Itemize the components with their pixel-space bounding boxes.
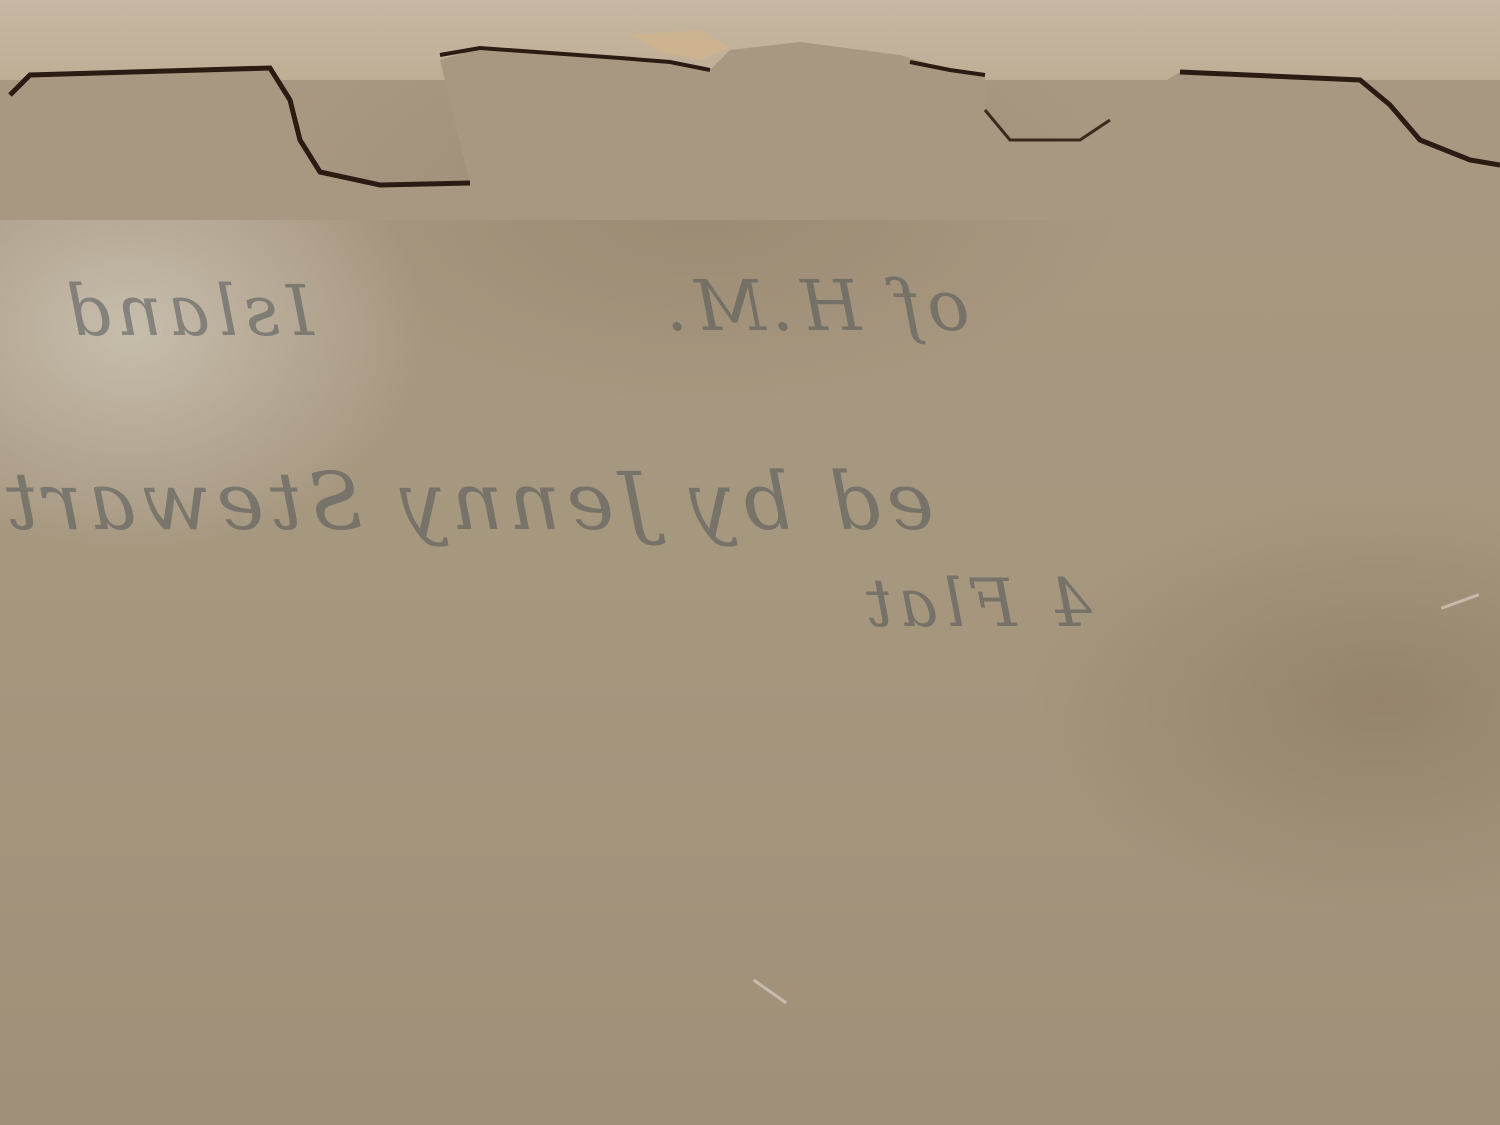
torn-edge bbox=[0, 0, 1500, 220]
pencil-inscription-line1-left: Island bbox=[60, 270, 314, 352]
pencil-inscription-line1-right: of H.M. bbox=[660, 265, 970, 347]
pencil-inscription-line3: 4 Flat bbox=[860, 565, 1092, 642]
pencil-inscription-line2: ed by Jenny Stewart bbox=[0, 455, 934, 548]
